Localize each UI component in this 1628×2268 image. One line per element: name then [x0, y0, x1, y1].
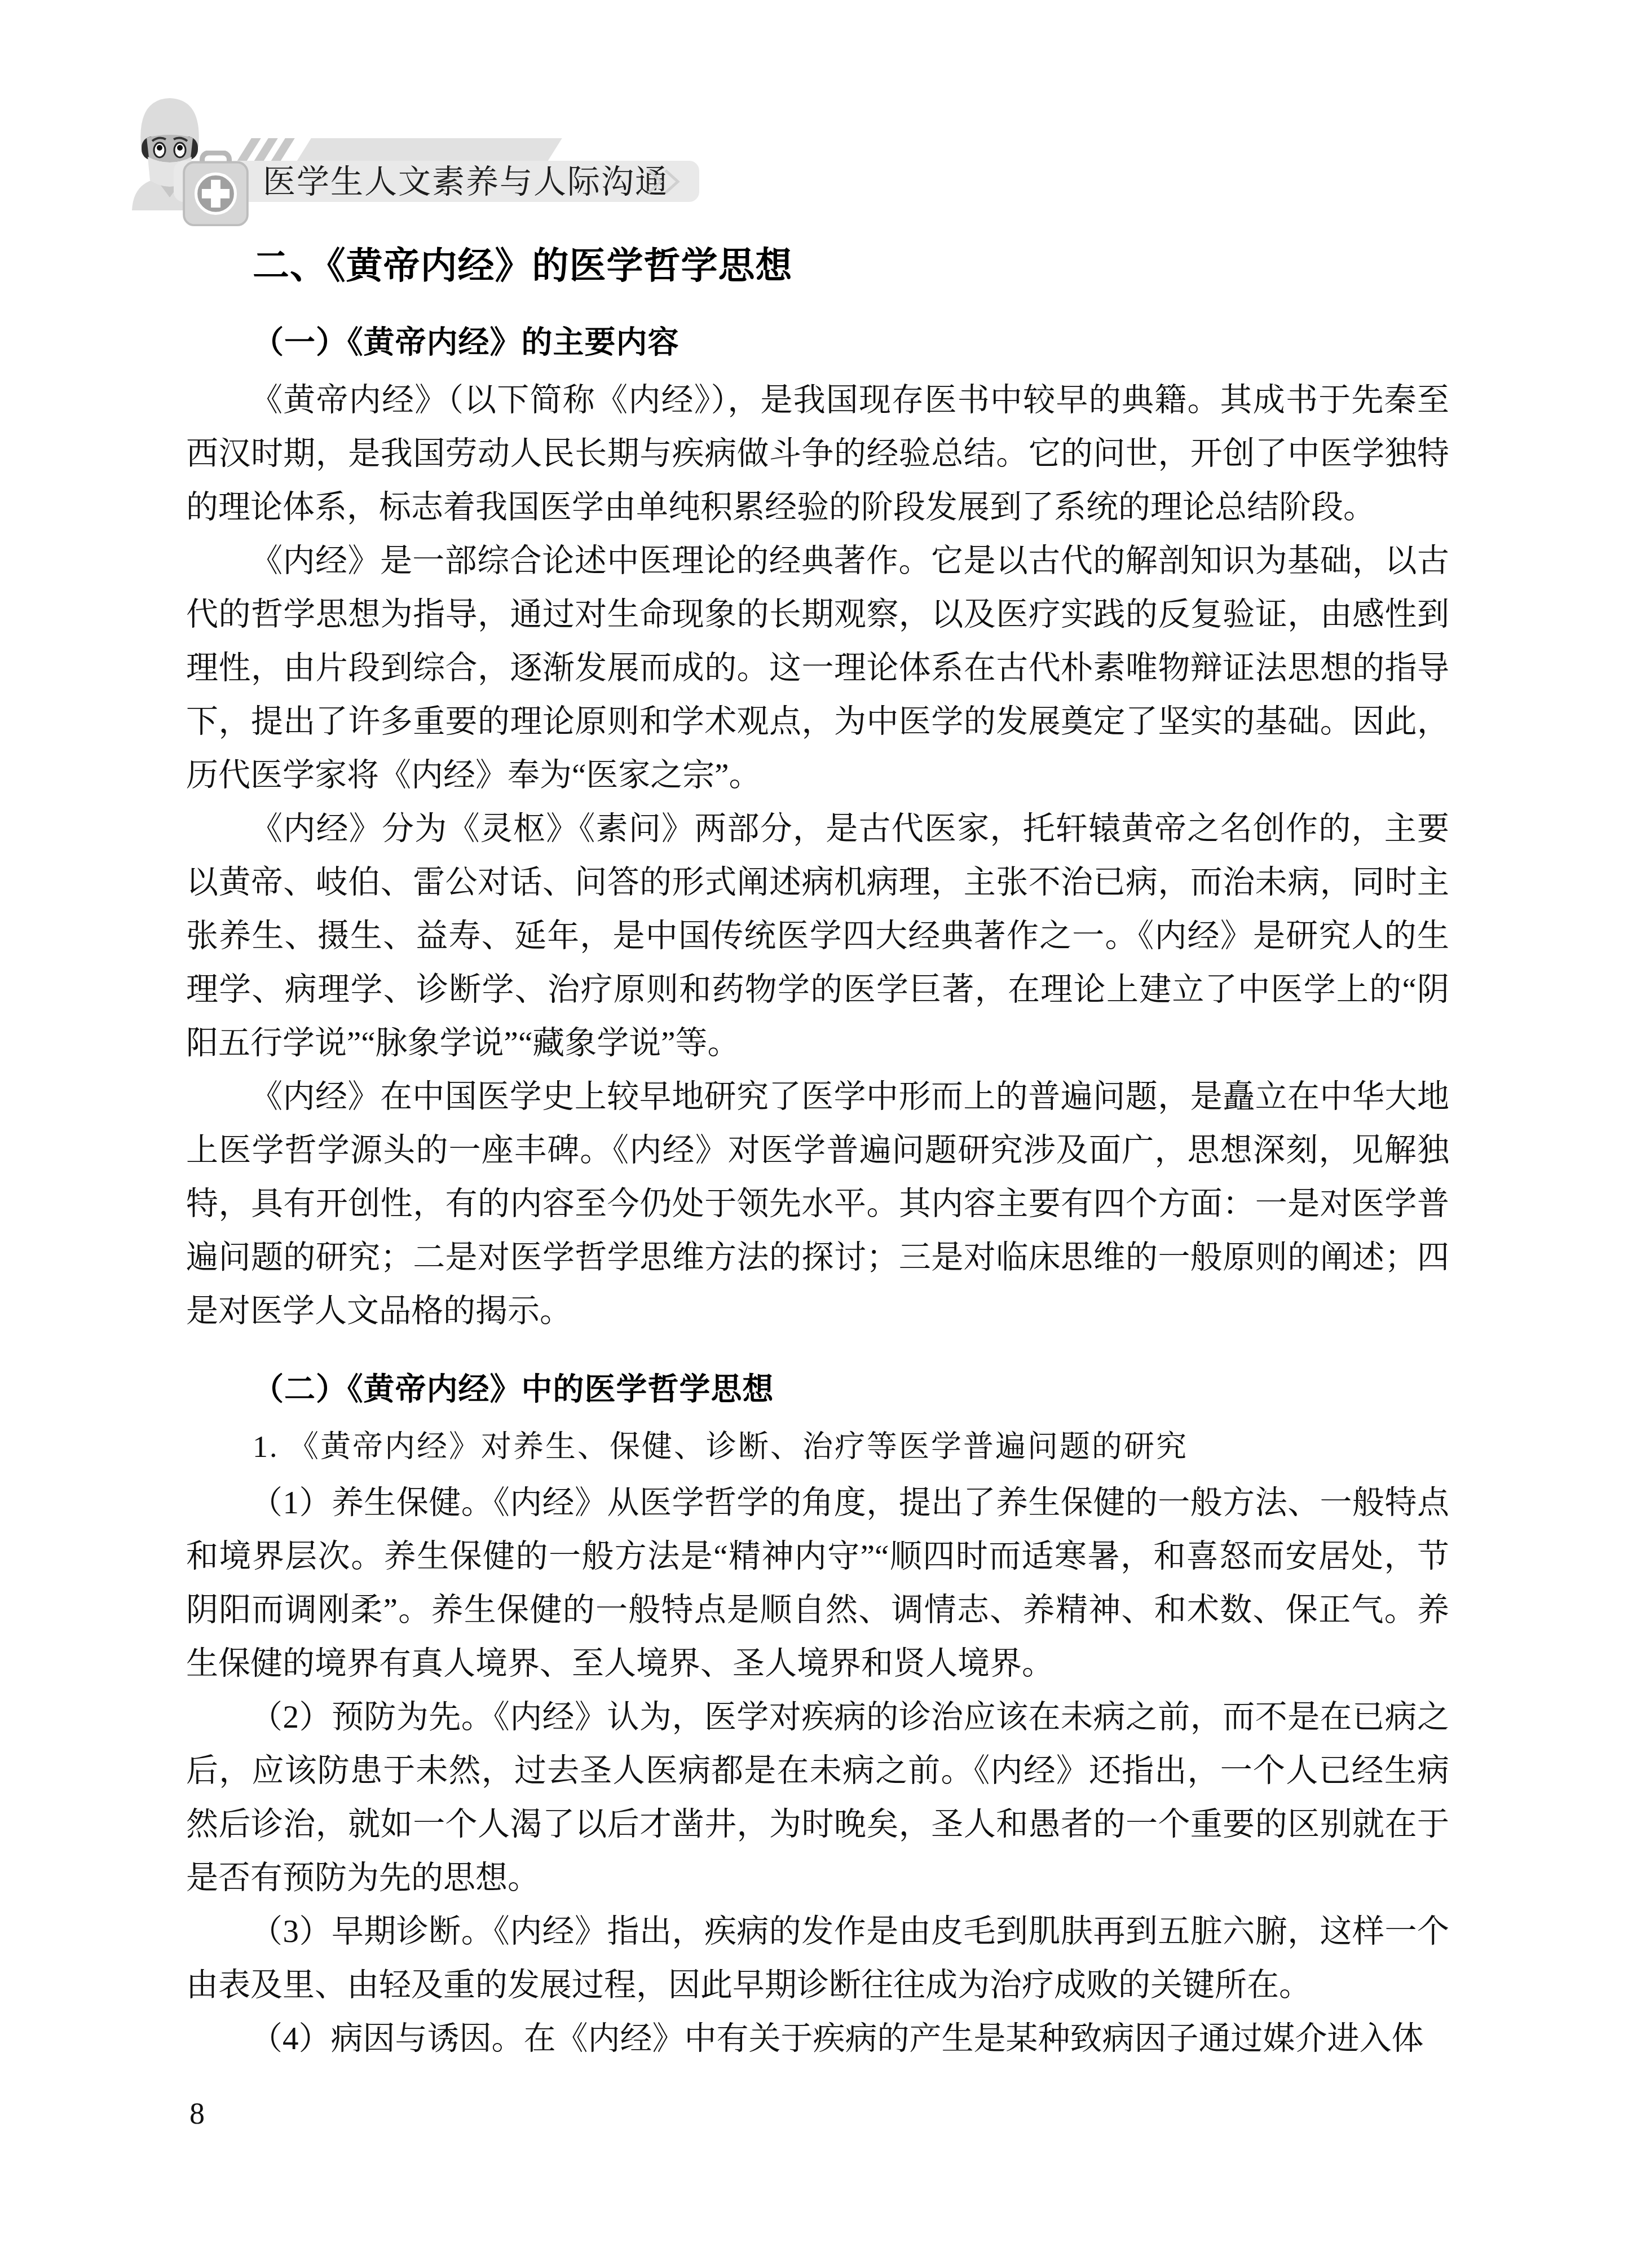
first-aid-kit-icon	[180, 151, 251, 227]
body-paragraph: 《内经》在中国医学史上较早地研究了医学中形而上的普遍问题，是矗立在中华大地上医学…	[186, 1070, 1449, 1338]
section-title: 二、《黄帝内经》的医学哲学思想	[253, 241, 1449, 291]
page-header: 医学生人文素养与人际沟通	[0, 89, 1628, 230]
page-number: 8	[189, 2094, 205, 2133]
stripe-bar	[295, 138, 562, 163]
body-paragraph: （1）养生保健。《内经》从医学哲学的角度，提出了养生保健的一般方法、一般特点和境…	[186, 1476, 1449, 1690]
page-body: 二、《黄帝内经》的医学哲学思想 （一）《黄帝内经》的主要内容 《黄帝内经》（以下…	[186, 241, 1449, 2066]
book-page: 医学生人文素养与人际沟通 二、《黄帝内经》的医学哲学思想 （一）《黄帝内经》的主…	[0, 0, 1628, 2268]
body-paragraph: 《黄帝内经》（以下简称《内经》），是我国现存医书中较早的典籍。其成书于先秦至西汉…	[186, 373, 1449, 534]
book-title-bar: 医学生人文素养与人际沟通	[174, 161, 699, 202]
numbered-item-title: 1. 《黄帝内经》对养生、保健、诊断、治疗等医学普遍问题的研究	[253, 1420, 1449, 1474]
body-paragraph: 《内经》是一部综合论述中医理论的经典著作。它是以古代的解剖知识为基础，以古代的哲…	[186, 534, 1449, 802]
decorative-stripes	[244, 138, 554, 164]
body-paragraph: 《内经》分为《灵枢》《素问》两部分，是古代医家，托轩辕黄帝之名创作的，主要以黄帝…	[186, 802, 1449, 1070]
book-title: 医学生人文素养与人际沟通	[263, 161, 669, 202]
body-paragraph: （4）病因与诱因。在《内经》中有关于疾病的产生是某种致病因子通过媒介进入体	[186, 2012, 1449, 2066]
body-paragraph: （2）预防为先。《内经》认为，医学对疾病的诊治应该在未病之前，而不是在已病之后，…	[186, 1690, 1449, 1905]
subsection-1-title: （一）《黄帝内经》的主要内容	[253, 320, 1449, 363]
subsection-2-title: （二）《黄帝内经》中的医学哲学思想	[253, 1367, 1449, 1410]
body-paragraph: （3）早期诊断。《内经》指出，疾病的发作是由皮毛到肌肤再到五脏六腑，这样一个由表…	[186, 1905, 1449, 2012]
double-chevron-right-icon	[644, 168, 685, 196]
